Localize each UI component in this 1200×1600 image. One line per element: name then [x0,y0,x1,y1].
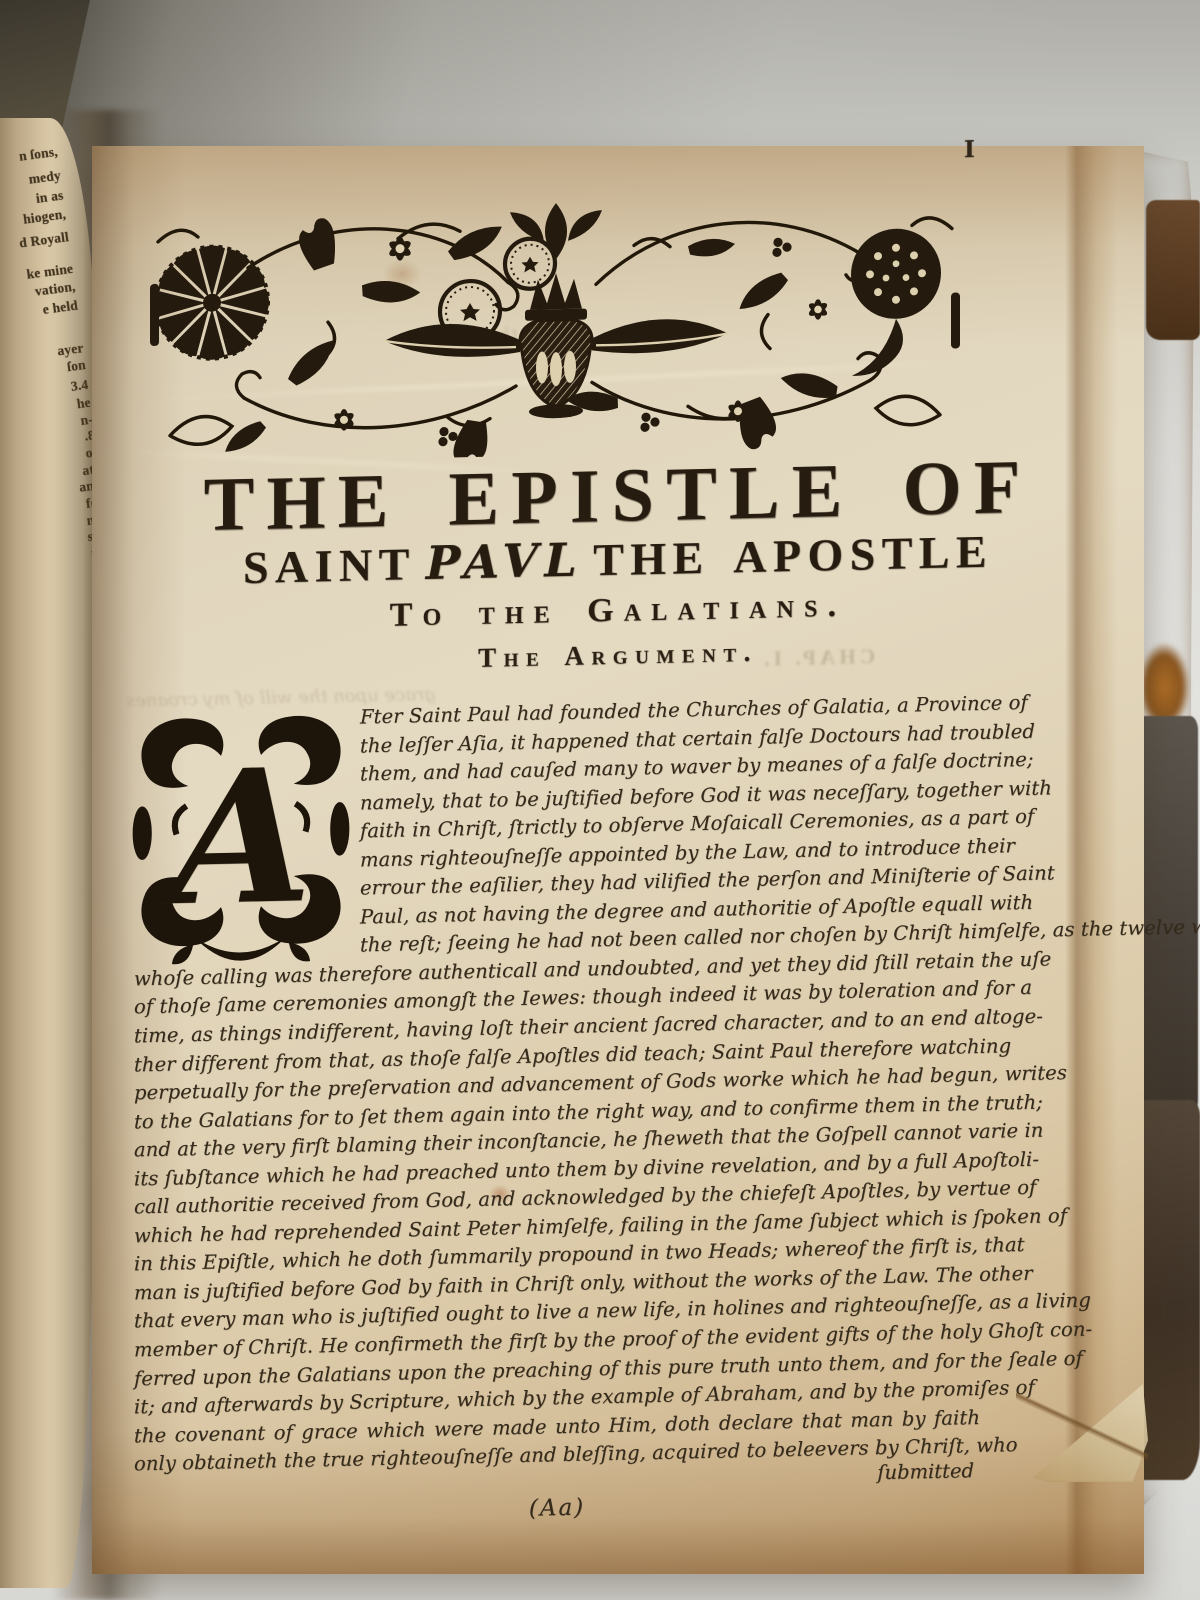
dog-ear-crease-line [1016,1372,1148,1482]
bleedthrough-chap-heading: CHAP. I. [760,644,875,672]
argument-body-text: A Fter Saint Paul had founded the Church… [134,690,980,1530]
initial-letter: A [155,729,312,947]
floral-headpiece-woodcut [148,180,962,464]
argument-heading: The Argument. [92,630,1144,680]
page-number: I [964,136,975,163]
ornate-initial-A-icon: A [134,706,348,961]
title-paul-italic: PAVL [416,532,593,590]
drop-cap-initial: A [134,706,348,941]
title-apostle: THE APOSTLE [593,526,993,586]
binding-leather-top [1146,200,1200,340]
title-saint: SAINT [243,538,416,593]
page-content: I upon the will of [92,124,1144,1575]
book-page: I upon the will of [92,146,1144,1574]
